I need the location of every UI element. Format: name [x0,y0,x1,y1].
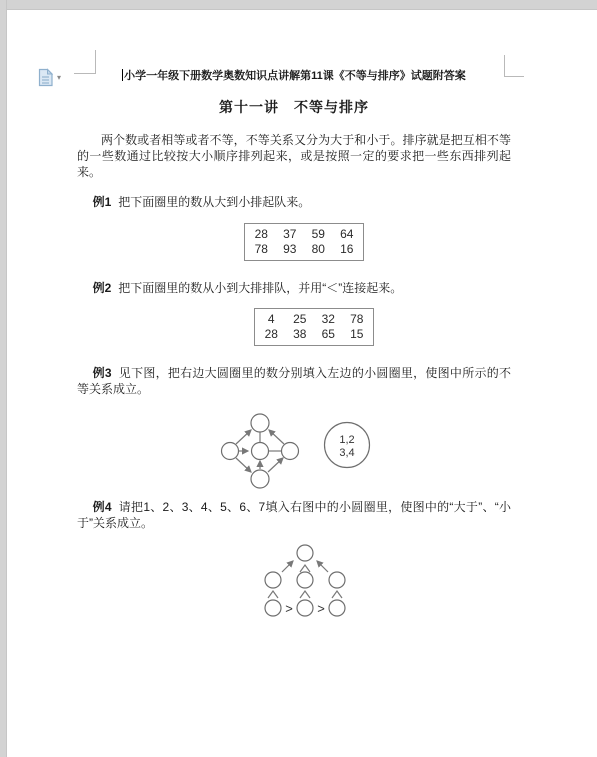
small-circle-center [252,443,269,460]
example-3-line: 例3见下图，把右边大圆圈里的数分别填入左边的小圆圈里，使图中所示的不等关系成立。 [77,365,511,397]
grid-number: 93 [276,242,305,257]
example-1-line: 例1把下面圈里的数从大到小排起队来。 [77,194,511,210]
greater-than-symbol: > [285,601,293,616]
table-row: 4 25 32 78 [257,312,371,327]
chevron-down-icon[interactable]: ▾ [57,74,61,82]
example-3-diagram: 1,2 3,4 [217,409,387,493]
paste-options-button[interactable]: ▾ [37,68,61,87]
table-row: 78 93 80 16 [247,242,361,257]
grid-number: 78 [343,312,372,327]
table-row: 28 38 65 15 [257,327,371,342]
grid-number: 59 [304,227,333,242]
grid-number: 28 [257,327,286,342]
pyramid-circle-top [297,545,313,561]
grid-number: 16 [333,242,362,257]
arrow-left-to-top [236,430,251,444]
example-2-text: 把下面圈里的数从小到大排排队，并用“＜”连接起来。 [118,281,402,295]
example-1-text: 把下面圈里的数从大到小排起队来。 [118,195,310,209]
caret-symbol [332,591,342,598]
grid-number: 37 [276,227,305,242]
arrow-bottom-to-right [268,458,283,472]
pyramid-circle-mid-right [329,572,345,588]
pyramid-circle-mid-left [265,572,281,588]
intro-paragraph: 两个数或者相等或者不等，不等关系又分为大于和小于。排序就是把互相不等的一些数通过… [77,132,511,180]
pyramid-circle-bottom-left [265,600,281,616]
example-4-line: 例4请把1、2、3、4、5、6、7填入右图中的小圆圈里，使图中的“大于”、“小于… [77,499,511,531]
grid-number: 64 [333,227,362,242]
grid-number: 32 [314,312,343,327]
arrow-right-to-top [269,430,284,444]
small-circle-bottom [251,470,269,488]
small-circle-right [282,443,299,460]
example-2-line: 例2把下面圈里的数从小到大排排队，并用“＜”连接起来。 [77,280,511,296]
document-title: 小学一年级下册数学奥数知识点讲解第11课《不等与排序》试题附答案 [124,70,466,82]
section-heading: 第十一讲 不等与排序 [77,97,511,117]
number-box-1: 28 37 59 64 78 93 80 16 [244,223,364,261]
grid-number: 78 [247,242,276,257]
document-title-line: 小学一年级下册数学奥数知识点讲解第11课《不等与排序》试题附答案 [77,68,511,84]
grid-number: 80 [304,242,333,257]
document-page: ▾ 小学一年级下册数学奥数知识点讲解第11课《不等与排序》试题附答案 第十一讲 … [7,10,597,757]
caret-symbol [300,591,310,598]
grid-number: 4 [257,312,286,327]
pyramid-circle-mid-center [297,572,313,588]
grid-number: 25 [286,312,315,327]
example-4-label: 例4 [93,500,112,514]
pyramid-circle-bottom-right [329,600,345,616]
desk-top-strip [0,0,597,10]
pyramid-circle-bottom-center [297,600,313,616]
arrow-midright-to-top [317,561,328,572]
small-circle-top [251,414,269,432]
example-2-label: 例2 [93,281,112,295]
example-4-text: 请把1、2、3、4、5、6、7填入右图中的小圆圈里，使图中的“大于”、“小于”关… [77,500,511,530]
table-row: 28 37 59 64 [247,227,361,242]
arrow-left-to-bottom [236,458,251,472]
example-1-label: 例1 [93,195,112,209]
example-3-text: 见下图，把右边大圆圈里的数分别填入左边的小圆圈里，使图中所示的不等关系成立。 [77,366,511,396]
caret-symbol [268,591,278,598]
grid-number: 15 [343,327,372,342]
greater-than-symbol: > [317,601,325,616]
number-box-2: 4 25 32 78 28 38 65 15 [254,308,374,346]
document-content: 小学一年级下册数学奥数知识点讲解第11课《不等与排序》试题附答案 第十一讲 不等… [77,68,511,621]
arrow-midleft-to-top [282,561,293,572]
big-circle-numbers-line1: 1,2 [339,434,354,446]
document-icon [37,68,54,87]
small-circle-left [222,443,239,460]
grid-number: 38 [286,327,315,342]
desk-left-strip [0,0,7,757]
grid-number: 28 [247,227,276,242]
example-4-diagram: > > [259,541,351,621]
grid-number: 65 [314,327,343,342]
big-circle-numbers-line2: 3,4 [339,447,354,459]
caret-symbol [300,565,310,572]
example-3-label: 例3 [93,366,112,380]
